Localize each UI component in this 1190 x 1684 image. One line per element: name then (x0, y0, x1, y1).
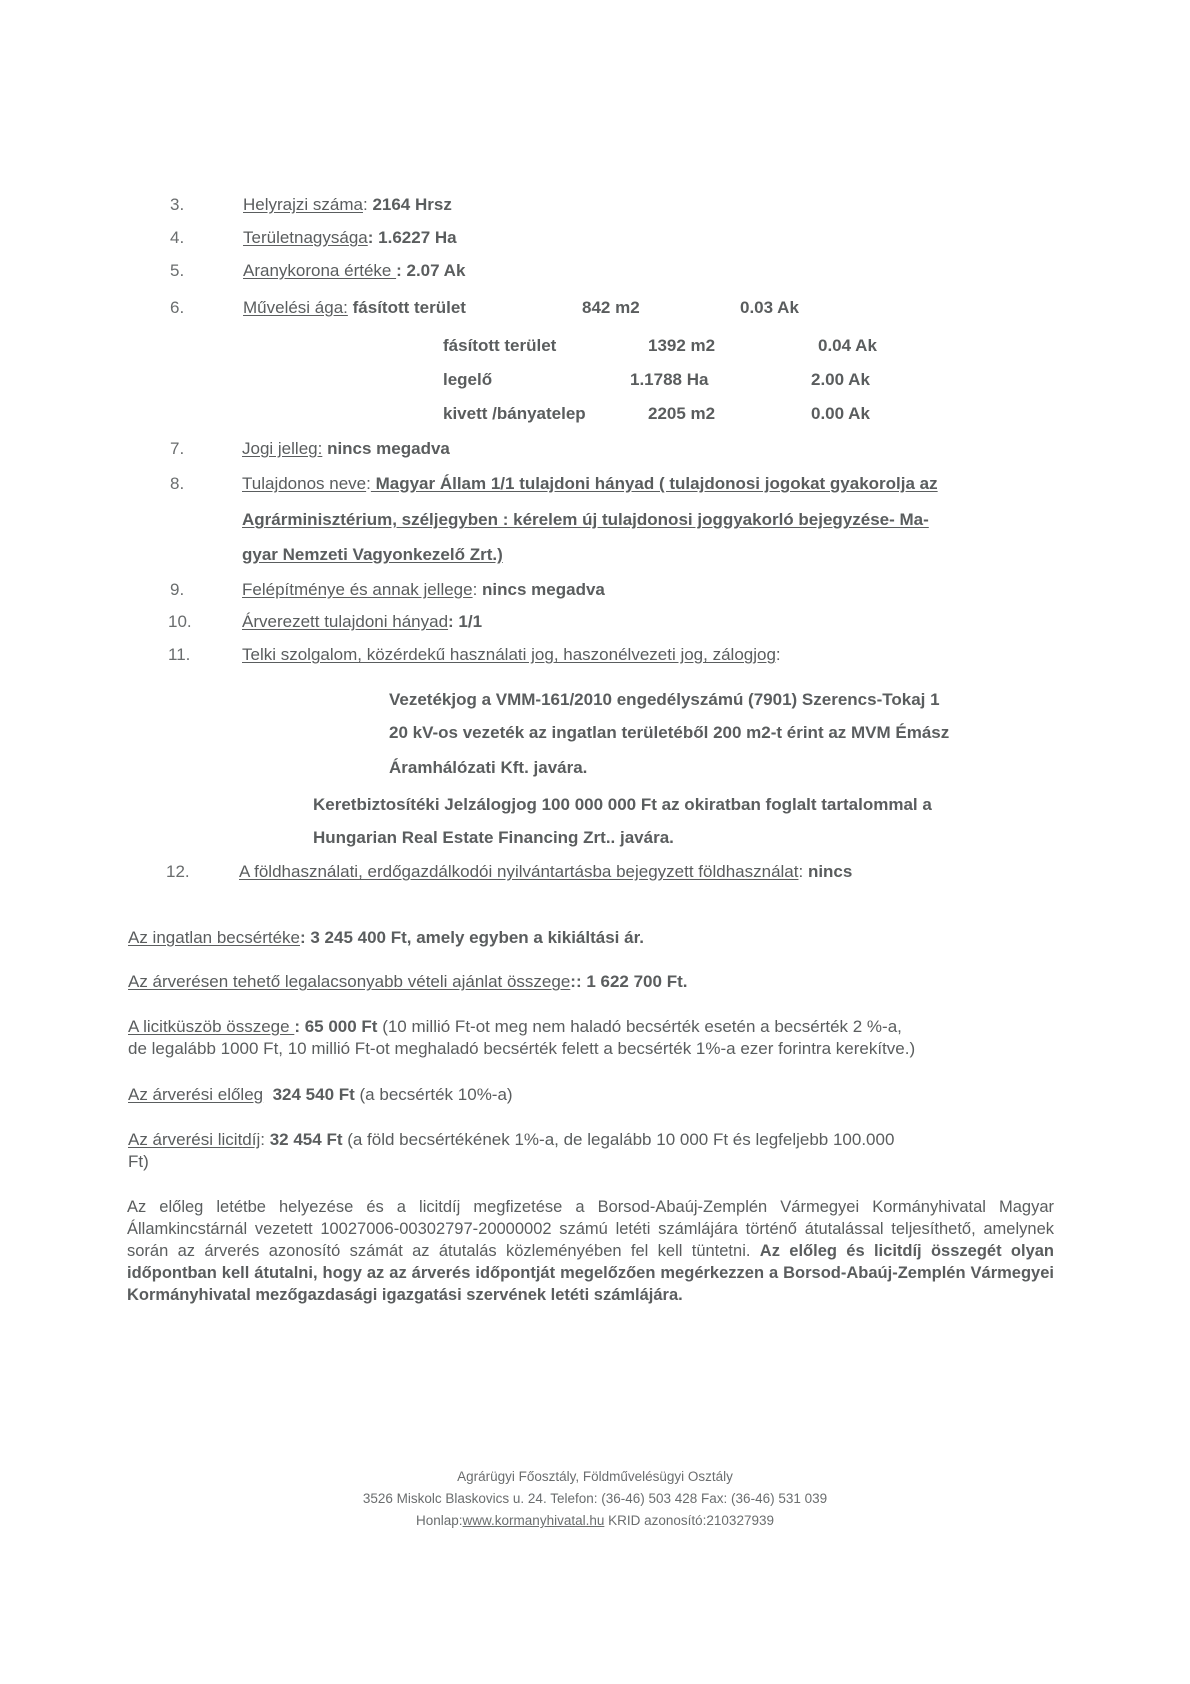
krid-id: KRID azonosító:210327939 (604, 1513, 774, 1528)
cultivation-type: fásított terület (443, 336, 556, 356)
field-label: Aranykorona értéke (243, 261, 396, 280)
cultivation-area: 1392 m2 (648, 336, 715, 356)
easement-line: 20 kV-os vezeték az ingatlan területéből… (389, 723, 949, 743)
fee-label: Az árverési licitdíj (128, 1130, 260, 1149)
deposit-label: Az árverési előleg (128, 1085, 263, 1104)
fee-note-continued: Ft) (128, 1152, 149, 1172)
cultivation-area: 842 m2 (582, 298, 640, 318)
payment-instructions: Az előleg letétbe helyezése és a licitdí… (127, 1196, 1054, 1306)
bid-increment: A licitküszöb összege : 65 000 Ft (10 mi… (128, 1017, 902, 1037)
field-label: Felépítménye és annak jellege (242, 580, 473, 599)
deposit-note: (a becsérték 10%-a) (355, 1085, 513, 1104)
field-label: Jogi jelleg: (242, 439, 322, 458)
separator: : (368, 228, 378, 247)
field-value: Magyar Állam 1/1 tulajdoni hányad ( tula… (371, 474, 938, 493)
website-link[interactable]: www.kormanyhivatal.hu (463, 1513, 605, 1528)
fee-note: (a föld becsértékének 1%-a, de legalább … (342, 1130, 894, 1149)
cultivation-ak: 0.04 Ak (818, 336, 877, 356)
field-value: nincs (808, 862, 852, 881)
easement-line: Áramhálózati Kft. javára. (389, 758, 587, 778)
item-auctioned-share: Árverezett tulajdoni hányad: 1/1 (242, 612, 482, 632)
item-number: 6. (170, 298, 184, 318)
item-cultivation-branch: Művelési ága: fásított terület (243, 298, 466, 318)
item-number: 4. (170, 228, 184, 248)
field-label: Árverezett tulajdoni hányad (242, 612, 448, 631)
item-gold-crown-value: Aranykorona értéke : 2.07 Ak (243, 261, 465, 281)
auction-deposit: Az árverési előleg 324 540 Ft (a becsért… (128, 1085, 513, 1105)
item-number: 12. (166, 862, 190, 882)
field-value: : 1/1 (448, 612, 482, 631)
item-number: 9. (170, 580, 184, 600)
increment-note: (10 millió Ft-ot meg nem haladó becsérté… (377, 1017, 901, 1036)
increment-label: A licitküszöb összege (128, 1017, 294, 1036)
cultivation-ak: 0.00 Ak (811, 404, 870, 424)
min-bid-value: :: 1 622 700 Ft. (570, 972, 687, 991)
item-number: 7. (170, 439, 184, 459)
estimate-value: : 3 245 400 Ft, amely egyben a kikiáltás… (300, 928, 644, 947)
field-value: 2.07 Ak (406, 261, 465, 280)
easement-line: Vezetékjog a VMM-161/2010 engedélyszámú … (389, 690, 940, 710)
cultivation-type: kivett /bányatelep (443, 404, 586, 424)
field-value: nincs megadva (482, 580, 605, 599)
cultivation-ak: 0.03 Ak (740, 298, 799, 318)
auction-fee: Az árverési licitdíj: 32 454 Ft (a föld … (128, 1130, 894, 1150)
item-parcel-number: Helyrajzi száma: 2164 Hrsz (243, 195, 452, 215)
separator: : (473, 580, 482, 599)
field-value: fásított terület (353, 298, 466, 317)
cultivation-type: legelő (443, 370, 492, 390)
field-value: nincs megadva (327, 439, 450, 458)
website-prefix: Honlap: (416, 1513, 463, 1528)
item-number: 3. (170, 195, 184, 215)
item-owner-name: Tulajdonos neve: Magyar Állam 1/1 tulajd… (242, 474, 938, 494)
field-value: 1.6227 Ha (378, 228, 456, 247)
increment-note-continued: de legalább 1000 Ft, 10 millió Ft-ot meg… (128, 1039, 915, 1059)
field-label: A földhasználati, erdőgazdálkodói nyilvá… (239, 862, 798, 881)
separator: : (260, 1130, 269, 1149)
estimated-value: Az ingatlan becsértéke: 3 245 400 Ft, am… (128, 928, 644, 948)
footer-address: 3526 Miskolc Blaskovics u. 24. Telefon: … (0, 1491, 1190, 1506)
item-number: 8. (170, 474, 184, 494)
field-label: Telki szolgalom, közérdekű használati jo… (242, 645, 776, 664)
cultivation-area: 1.1788 Ha (630, 370, 708, 390)
cultivation-ak: 2.00 Ak (811, 370, 870, 390)
item-number: 5. (170, 261, 184, 281)
separator: : (396, 261, 406, 280)
separator: : (798, 862, 807, 881)
fee-value: 32 454 Ft (270, 1130, 343, 1149)
min-bid-label: Az árverésen tehető legalacsonyabb vétel… (128, 972, 570, 991)
item-number: 10. (168, 612, 192, 632)
footer-department: Agrárügyi Főosztály, Földművelésügyi Osz… (0, 1469, 1190, 1484)
mortgage-line: Hungarian Real Estate Financing Zrt.. ja… (313, 828, 674, 848)
item-easements: Telki szolgalom, közérdekű használati jo… (242, 645, 781, 665)
field-value: 2164 Hrsz (372, 195, 451, 214)
owner-continuation: Agrárminisztérium, széljegyben : kérelem… (242, 510, 929, 530)
footer-website: Honlap:www.kormanyhivatal.hu KRID azonos… (0, 1513, 1190, 1528)
separator: : (776, 645, 781, 664)
field-label: Területnagysága (243, 228, 368, 247)
cultivation-area: 2205 m2 (648, 404, 715, 424)
owner-continuation: gyar Nemzeti Vagyonkezelő Zrt.) (242, 545, 503, 565)
minimum-bid: Az árverésen tehető legalacsonyabb vétel… (128, 972, 687, 992)
mortgage-line: Keretbiztosítéki Jelzálogjog 100 000 000… (313, 795, 932, 815)
field-label: Helyrajzi száma (243, 195, 363, 214)
item-legal-character: Jogi jelleg: nincs megadva (242, 439, 450, 459)
item-structure: Felépítménye és annak jellege: nincs meg… (242, 580, 605, 600)
increment-value: : 65 000 Ft (294, 1017, 377, 1036)
field-label: Művelési ága: (243, 298, 348, 317)
estimate-label: Az ingatlan becsértéke (128, 928, 300, 947)
item-land-use: A földhasználati, erdőgazdálkodói nyilvá… (239, 862, 852, 882)
item-area: Területnagysága: 1.6227 Ha (243, 228, 457, 248)
deposit-value: 324 540 Ft (263, 1085, 355, 1104)
item-number: 11. (168, 645, 190, 665)
field-label: Tulajdonos neve (242, 474, 366, 493)
